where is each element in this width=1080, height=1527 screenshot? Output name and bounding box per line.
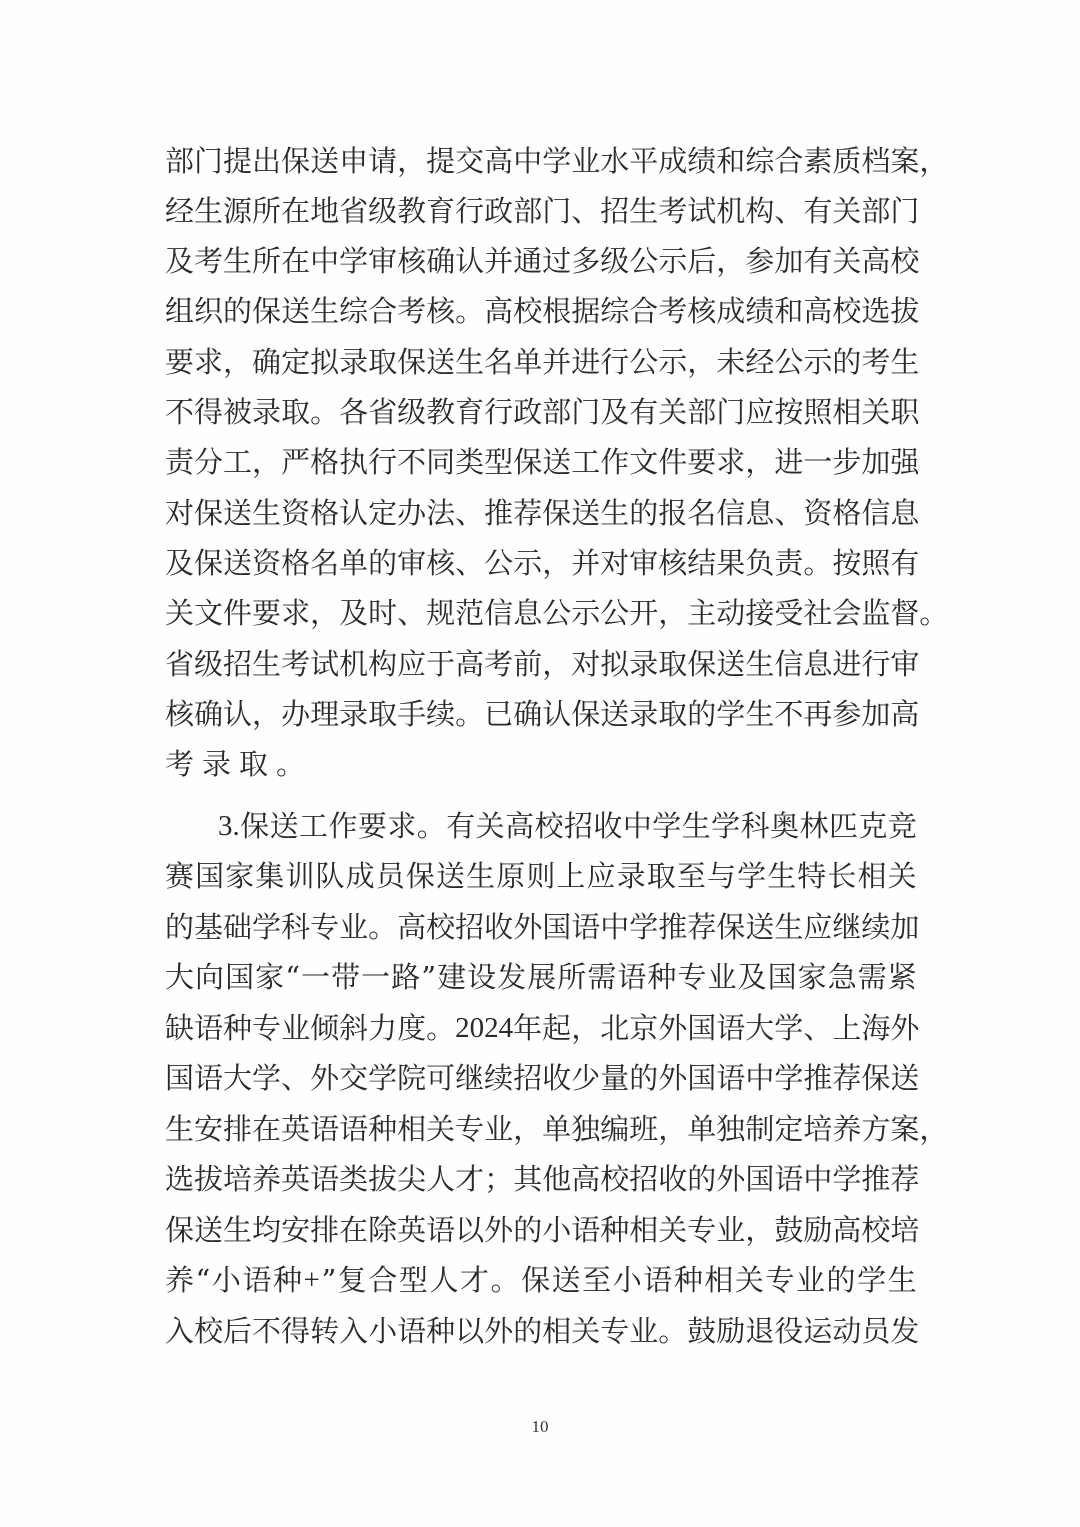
text-line: 核确认，办理录取手续。已确认保送录取的学生不再参加高 (165, 696, 917, 732)
text-line: 考录取。 (165, 746, 917, 782)
section-heading-line: 3.保送工作要求。有关高校招收中学生学科奥林匹克竞 (218, 808, 917, 844)
text-line: 及考生所在中学审核确认并通过多级公示后，参加有关高校 (165, 243, 917, 279)
text-line: 大向国家“一带一路”建设发展所需语种专业及国家急需紧 (165, 959, 917, 995)
page-number: 10 (0, 1417, 1080, 1437)
document-page: 部门提出保送申请，提交高中学业水平成绩和综合素质档案， 经生源所在地省级教育行政… (0, 0, 1080, 1527)
text-line: 部门提出保送申请，提交高中学业水平成绩和综合素质档案， (165, 143, 917, 179)
text-line: 赛国家集训队成员保送生原则上应录取至与学生特长相关 (165, 858, 917, 894)
text-line: 关文件要求，及时、规范信息公示公开，主动接受社会监督。 (165, 595, 917, 631)
text-line: 养“小语种+”复合型人才。保送至小语种相关专业的学生 (165, 1262, 917, 1298)
text-line: 生安排在英语语种相关专业，单独编班，单独制定培养方案， (165, 1111, 917, 1147)
text-line: 责分工，严格执行不同类型保送工作文件要求，进一步加强 (165, 444, 917, 480)
text-line: 及保送资格名单的审核、公示，并对审核结果负责。按照有 (165, 545, 917, 581)
text-line: 不得被录取。各省级教育行政部门及有关部门应按照相关职 (165, 394, 917, 430)
text-line: 对保送生资格认定办法、推荐保送生的报名信息、资格信息 (165, 495, 917, 531)
text-line: 国语大学、外交学院可继续招收少量的外国语中学推荐保送 (165, 1060, 917, 1096)
text-line: 选拔培养英语类拔尖人才；其他高校招收的外国语中学推荐 (165, 1161, 917, 1197)
text-line: 保送生均安排在除英语以外的小语种相关专业，鼓励高校培 (165, 1212, 917, 1248)
text-line: 省级招生考试机构应于高考前，对拟录取保送生信息进行审 (165, 646, 917, 682)
text-line: 入校后不得转入小语种以外的相关专业。鼓励退役运动员发 (165, 1313, 917, 1349)
text-line: 的基础学科专业。高校招收外国语中学推荐保送生应继续加 (165, 909, 917, 945)
text-line: 缺语种专业倾斜力度。2024年起，北京外国语大学、上海外 (165, 1010, 917, 1046)
text-line: 要求，确定拟录取保送生名单并进行公示，未经公示的考生 (165, 344, 917, 380)
text-line: 组织的保送生综合考核。高校根据综合考核成绩和高校选拔 (165, 293, 917, 329)
text-line: 经生源所在地省级教育行政部门、招生考试机构、有关部门 (165, 193, 917, 229)
